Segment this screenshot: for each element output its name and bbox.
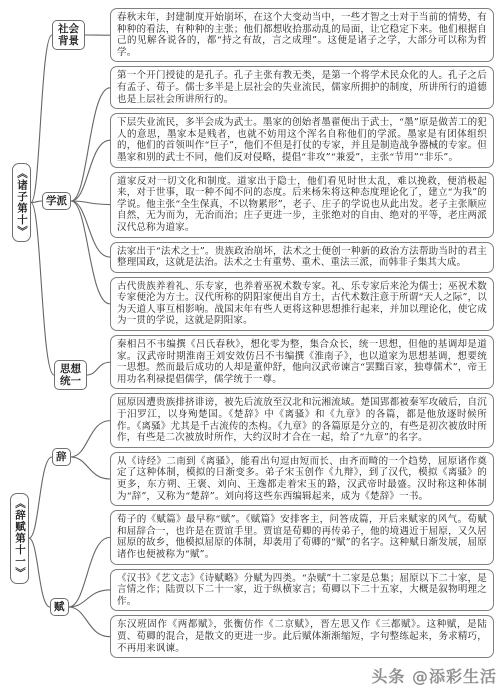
watermark: 头条 @添彩生活 [371, 664, 497, 687]
branch-label-fu: 赋 [50, 598, 69, 616]
content-box-confucians: 第一个开门授徒的是孔子。孔子主张有教无类，是第一个将学术民众化的人。孔子之后有孟… [110, 66, 494, 109]
content-box-quyuan: 屈原因遭贵族排挤诽谤，被先后流放至汉北和沅湘流域。楚国郢都被秦军攻破后，自沉于汨… [110, 393, 494, 447]
content-box-fu-categories: 《汉书》《艺文志》《诗赋略》分赋为四类。“杂赋”十二家是总集；屈原以下二十家，是… [110, 569, 494, 612]
chapter-label-cifu: 《辞赋第十一》 [10, 493, 29, 584]
branch-label-schools: 学派 [42, 192, 71, 210]
content-box-chuci: 从《诗经》二南到《离骚》，能看出句逗由短而长、由齐而畸的一个趋势，屈原诸作奠定了… [110, 452, 494, 506]
content-column: 春秋末年，封建制度开始崩坏，在这个大变动当中，一些才智之士对于当前的情势，有种种… [110, 8, 494, 658]
content-box-fu-later: 东汉班固作《两都赋》，张衡仿作《二京赋》，晋左思又作《三都赋》。这种赋，是陆贾、… [110, 615, 494, 658]
branch-label-social-background: 社会背景 [52, 20, 85, 50]
content-box-daoists: 道家反对一切文化和制度。道家出于隐士，他们看见时世太乱，难以挽救，便消极起来，对… [110, 172, 494, 238]
mindmap-canvas: 《诸子第十》 《辞赋第十一》 社会背景 学派 思想统一 辞 赋 春秋末年，封建制… [0, 0, 500, 690]
branch-label-thought-unification: 思想统一 [54, 360, 87, 390]
content-box-social-background: 春秋末年，封建制度开始崩坏，在这个大变动当中，一些才智之士对于当前的情势，有种种… [110, 8, 494, 62]
content-box-fu-origin: 荀子的《赋篇》最早称“赋”。《赋篇》安排客主，问答成篇，开后来赋家的风气。荀赋和… [110, 510, 494, 564]
branch-label-ci: 辞 [52, 448, 71, 466]
content-box-thought-unification: 秦相吕不韦编撰《吕氏春秋》，想化零为整，集合众长，统一思想，但他的基调却是道家。… [110, 335, 494, 389]
chapter-label-zhuzi: 《诸子第十》 [12, 163, 31, 242]
content-box-legalists: 法家出于“法术之士”。贵族政治崩坏，法术之士便创一种新的政治方法帮助当时的君主整… [110, 242, 494, 273]
content-box-mohists: 下层失业流民，多半会成为武士。墨家的创始者墨翟便出于武士，“墨”原是做苦工的犯人… [110, 113, 494, 167]
content-box-yinyang: 古代贵族养着礼、乐专家，也养着巫祝术数专家。礼、乐专家后来沦为儒士；巫祝术数专家… [110, 277, 494, 331]
